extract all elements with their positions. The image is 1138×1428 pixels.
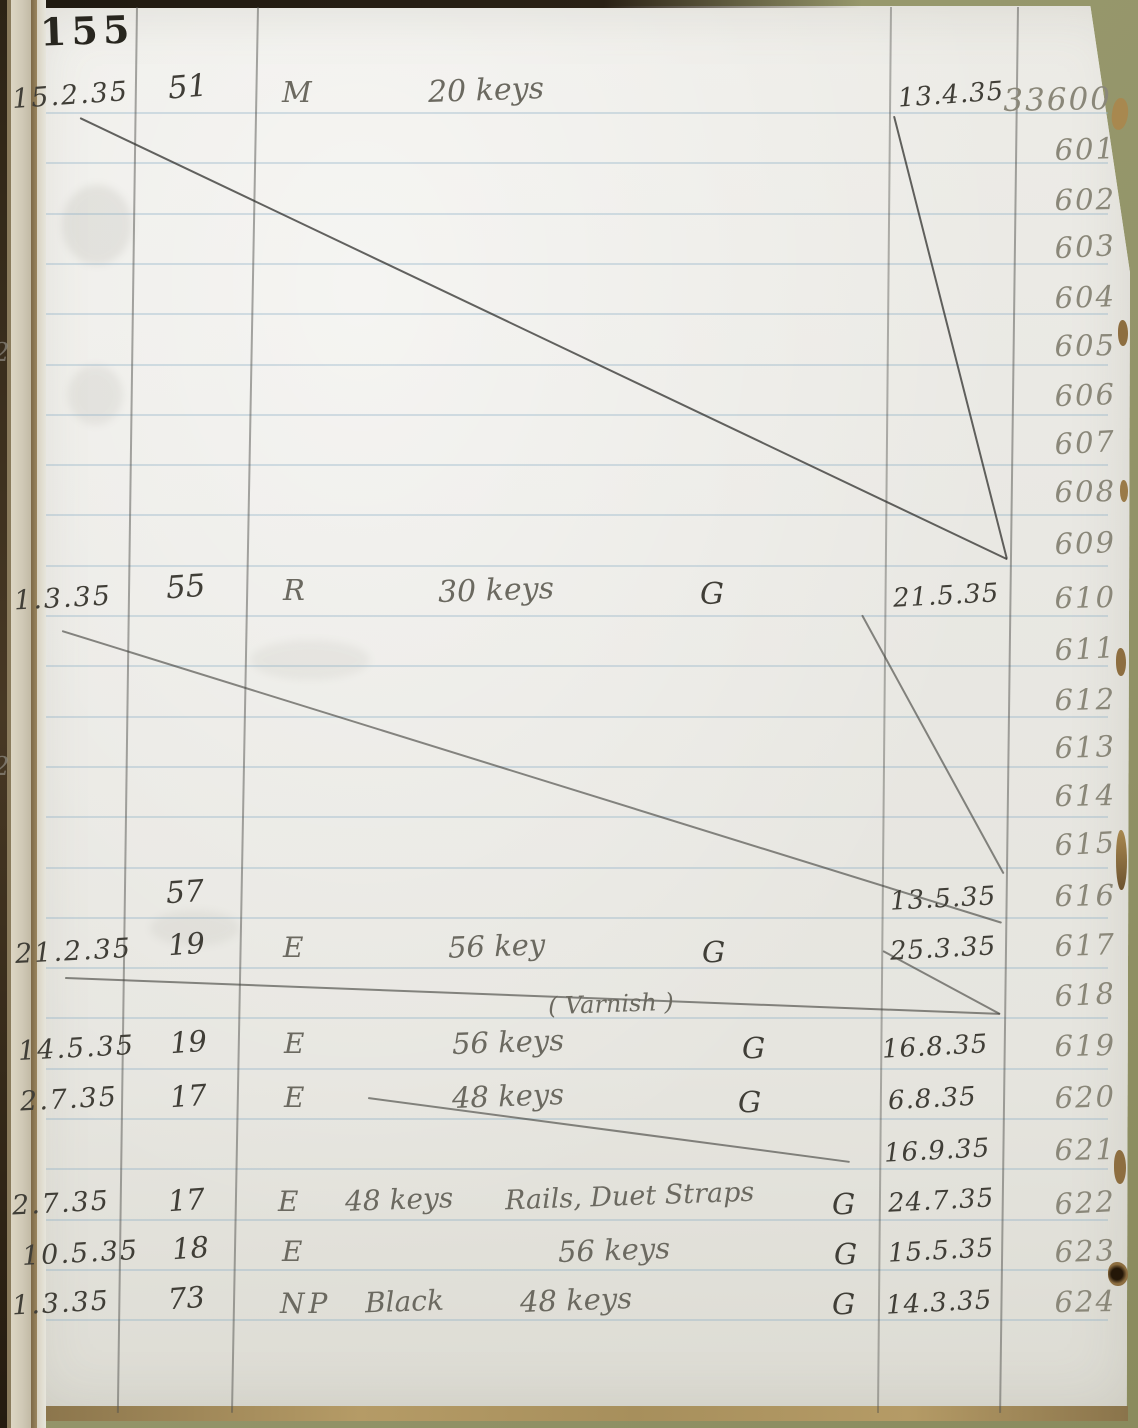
batch-number: 51 (167, 70, 209, 104)
model-letter: M (282, 78, 312, 107)
ruled-line (46, 716, 1108, 718)
completion-date: 14.3.35 (885, 1287, 992, 1319)
model-letter: E (282, 1238, 302, 1266)
serial-number: 613 (1004, 732, 1117, 765)
entry-date: 1.3.35 (13, 582, 112, 614)
inspector-mark: G (738, 1088, 761, 1117)
model-letter: E (284, 1084, 304, 1112)
model-letter: E (283, 934, 303, 962)
ruled-line (46, 464, 1108, 466)
batch-number: 73 (167, 1283, 206, 1315)
entry-date: 21.2.35 (14, 935, 132, 968)
keys-spec: 30 keys (438, 574, 555, 608)
ruled-line (46, 162, 1108, 164)
ruled-line (46, 766, 1108, 768)
ruled-line (46, 615, 1108, 617)
ruled-line (46, 213, 1108, 215)
serial-number: 604 (1004, 282, 1117, 315)
binding-edge (0, 0, 7, 1428)
keys-spec: 48 keys (345, 1184, 454, 1216)
keys-spec: 48 keys (452, 1080, 565, 1113)
bleed-smudge (250, 640, 370, 680)
serial-number: 623 (1004, 1236, 1117, 1269)
batch-number: 17 (169, 1081, 208, 1113)
margin-ghost-digit: 2 (0, 338, 10, 368)
model-letter: E (278, 1188, 298, 1216)
inspector-mark: G (700, 580, 724, 610)
entry-date: 10.5.35 (21, 1237, 139, 1270)
ruled-line (46, 665, 1108, 667)
ruled-line (46, 514, 1108, 516)
keys-spec: 56 key (448, 930, 546, 962)
serial-number: 621 (1004, 1135, 1116, 1166)
bleed-smudge (68, 365, 123, 425)
inspector-mark: G (742, 1034, 765, 1063)
inspector-mark: G (832, 1290, 855, 1319)
serial-number: 616 (1004, 881, 1116, 912)
serial-number: 33600 (1000, 84, 1113, 117)
ruled-line (46, 112, 1108, 114)
margin-ghost-digit: 2 (0, 752, 10, 782)
keys-spec: 56 keys (558, 1234, 671, 1267)
inspector-mark: G (832, 1190, 855, 1219)
inspector-mark: G (834, 1240, 857, 1269)
serial-number: 615 (1003, 828, 1116, 863)
serial-number: 614 (1004, 781, 1116, 812)
serial-number: 608 (1004, 477, 1116, 508)
varnish-note: ( Varnish ) (548, 990, 675, 1018)
batch-number: 18 (171, 1233, 210, 1265)
completion-date: 25.3.35 (889, 933, 996, 965)
binding-tear (1116, 830, 1127, 890)
completion-date: 16.9.35 (883, 1135, 990, 1167)
inspector-mark: G (702, 938, 725, 967)
ruled-line (46, 1319, 1108, 1321)
entry-date: 15.2.35 (11, 78, 130, 113)
serial-number: 603 (1003, 231, 1116, 266)
finish-color: Black (365, 1287, 445, 1318)
ruled-line (46, 414, 1108, 416)
serial-number: 622 (1003, 1187, 1116, 1222)
serial-number: 601 (1004, 134, 1117, 167)
ruled-line (46, 816, 1108, 818)
binding-tear (1118, 320, 1128, 346)
serial-number: 611 (1003, 633, 1116, 668)
serial-number: 624 (1004, 1287, 1116, 1318)
ruled-line (46, 263, 1108, 265)
ruled-line (46, 967, 1108, 969)
bleed-smudge (62, 185, 132, 265)
page-number: 155 (39, 10, 135, 51)
serial-number: 612 (1004, 685, 1116, 716)
ruled-line (46, 917, 1108, 919)
ledger-photo: 155 15.2.35 51 M 20 keys 13.4.35 1.3.35 … (0, 0, 1138, 1428)
entry-date: 14.5.35 (17, 1032, 135, 1065)
completion-date: 24.7.35 (887, 1185, 994, 1217)
serial-number: 617 (1004, 930, 1117, 963)
keys-spec: 20 keys (428, 74, 545, 108)
entry-date: 1.3.35 (11, 1287, 110, 1319)
completion-date: 21.5.35 (892, 580, 999, 612)
ruled-line (46, 1219, 1108, 1221)
entry-date: 2.7.35 (19, 1083, 118, 1115)
serial-number: 620 (1004, 1082, 1117, 1115)
serial-number: 606 (1004, 380, 1117, 413)
completion-date: 6.8.35 (887, 1084, 977, 1115)
ruled-line (46, 867, 1108, 869)
keys-spec: 56 keys (452, 1026, 565, 1059)
serial-number: 610 (1004, 583, 1116, 614)
ruled-line (46, 565, 1108, 567)
batch-number: 17 (167, 1185, 206, 1217)
entry-date: 2.7.35 (11, 1187, 110, 1219)
serial-number: 609 (1004, 528, 1117, 561)
binding-tear (1116, 648, 1126, 676)
ruled-line (46, 1168, 1108, 1170)
binding-tear (1110, 97, 1130, 131)
batch-number: 19 (167, 929, 206, 961)
ruled-line (46, 364, 1108, 366)
model-letter: R (283, 576, 305, 605)
ruled-line (46, 313, 1108, 315)
page-edge-bottom (30, 1406, 1128, 1421)
completion-date: 13.5.35 (889, 883, 996, 915)
binding-tear (1114, 1150, 1126, 1184)
completion-date: 16.8.35 (881, 1031, 988, 1063)
serial-number: 605 (1004, 331, 1116, 362)
serial-number: 619 (1004, 1031, 1116, 1062)
serial-number: 602 (1004, 185, 1116, 216)
serial-number: 618 (1003, 979, 1116, 1014)
keys-spec: 48 keys (520, 1284, 633, 1317)
batch-number: 19 (169, 1027, 208, 1059)
binding-tear (1120, 480, 1128, 502)
batch-number: 57 (165, 877, 205, 910)
model-letter: NP (280, 1290, 331, 1318)
serial-number: 607 (1003, 427, 1116, 462)
ruled-line (46, 1068, 1108, 1070)
ruled-line (46, 1118, 1108, 1120)
ruled-line (46, 1269, 1108, 1271)
completion-date: 13.4.35 (897, 78, 1005, 111)
completion-date: 15.5.35 (887, 1235, 994, 1267)
binding-hole (1108, 1262, 1128, 1286)
model-letter: E (284, 1030, 304, 1058)
batch-number: 55 (165, 571, 207, 605)
